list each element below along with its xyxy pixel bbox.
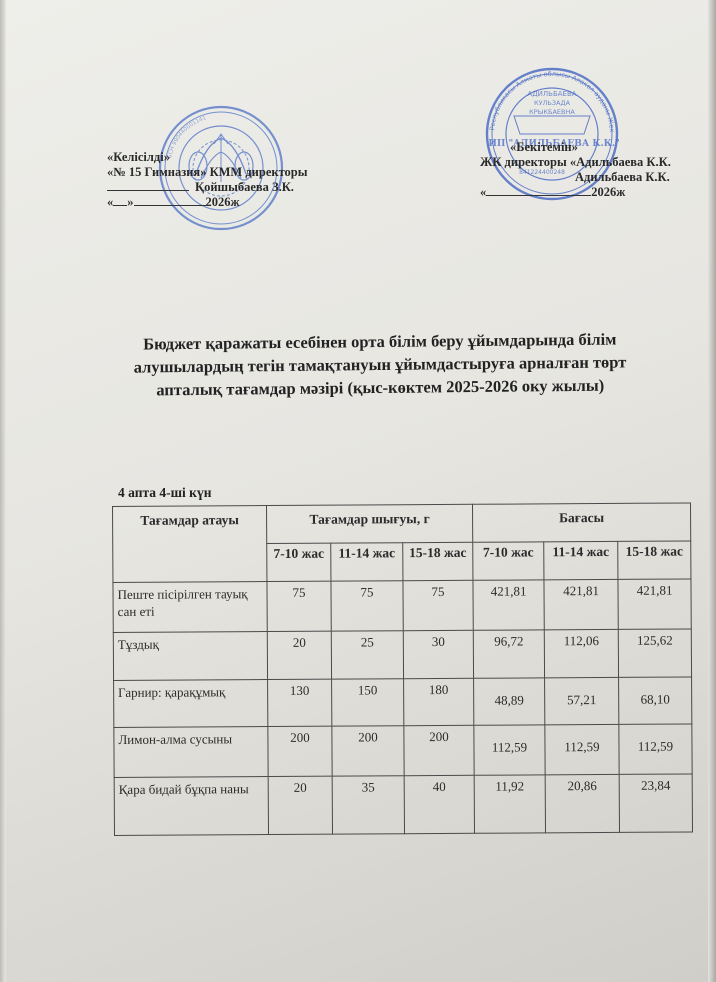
dish-name: Пеште пісірілген тауық сан еті [113,582,267,633]
table-row: Тұздық 20 25 30 96,72 112,06 125,62 [113,629,691,681]
header-price-age-2: 11-14 жас [544,541,618,579]
table-row: Қара бидай бұқпа наны 20 35 40 11,92 20,… [114,774,692,836]
price-value: 96,72 [473,630,544,678]
dish-name: Лимон-алма сусыны [114,727,268,778]
header-price-age-3: 15-18 жас [618,541,691,579]
svg-text:КУЛЬЗАДА: КУЛЬЗАДА [534,99,571,107]
price-value: 48,89 [474,678,545,725]
table-row: Пеште пісірілген тауық сан еті 75 75 75 … [113,579,691,633]
price-value: 11,92 [474,775,545,833]
table-row: Лимон-алма сусыны 200 200 200 112,59 112… [114,724,692,778]
price-value: 125,62 [618,629,691,677]
header-price-group: Бағасы [473,503,691,542]
header-output-age-1: 7-10 жас [267,543,331,581]
svg-text:АДИЛЬБАЕВА: АДИЛЬБАЕВА [527,90,576,98]
approved-block: «Бекітемін» ЖК директоры «Адильбаева К.К… [480,140,671,200]
output-value: 200 [332,726,404,776]
svg-text:КРЫКБАЕВНА: КРЫКБАЕВНА [529,108,575,116]
header-price-age-1: 7-10 жас [473,542,544,580]
price-value: 421,81 [618,579,691,629]
output-value: 75 [403,580,473,630]
output-value: 20 [268,776,332,834]
page-edge-right [708,0,716,982]
approved-signatory: Адильбаева К.К. [575,170,671,185]
price-value: 112,06 [544,629,618,677]
price-value: 112,59 [619,724,692,774]
menu-table: Тағамдар атауы Тағамдар шығуы, г Бағасы … [112,502,693,836]
page-edge-left [0,0,6,982]
signature-line [107,190,189,191]
output-value: 30 [403,630,473,678]
agreed-label: «Келісілді» [107,150,308,165]
price-value: 112,59 [545,724,619,774]
output-value: 35 [332,776,404,834]
output-value: 150 [332,679,404,726]
dish-name: Қара бидай бұқпа наны [114,777,268,836]
agreed-block: «Келісілді» «№ 15 Гимназия» КММ директор… [107,150,308,210]
agreed-signatory: Қойшыбаева З.К. [197,180,308,195]
output-value: 40 [404,775,474,833]
price-value: 20,86 [545,774,619,832]
price-value: 112,59 [474,725,545,775]
output-value: 130 [268,679,332,726]
agreed-position: «№ 15 Гимназия» КММ директоры [107,165,308,180]
approved-position: ЖК директоры «Адильбаева К.К. [480,155,671,170]
date-blank [486,195,591,196]
price-value: 421,81 [473,580,544,630]
date-month-blank [134,205,206,206]
price-value: 23,84 [619,774,692,832]
output-value: 200 [268,726,332,776]
table-row: Гарнир: қарақұмық 130 150 180 48,89 57,2… [114,677,692,728]
day-label: 4 апта 4-ші күн [118,485,211,501]
svg-text:Қазақстан Республикасы Алматы: Қазақстан Республикасы Алматы облысы Ала… [484,60,616,133]
output-value: 20 [267,631,331,679]
dish-name: Гарнир: қарақұмық [114,680,268,728]
price-value: 421,81 [544,579,618,629]
header-output-age-3: 15-18 жас [403,542,473,580]
date-day-blank [113,205,127,206]
output-value: 75 [267,581,331,631]
header-dish-name: Тағамдар атауы [113,506,267,583]
header-output-group: Тағамдар шығуы, г [267,504,473,543]
document-title: Бюджет қаражаты есебінен орта білім беру… [120,327,641,401]
price-value: 57,21 [545,677,619,724]
dish-name: Тұздық [113,632,267,681]
approved-label: «Бекітемін» [510,140,671,155]
output-value: 180 [404,678,474,725]
output-value: 200 [404,725,474,775]
approved-date: «2026ж [480,185,671,200]
agreed-date: «»2026ж [107,195,308,210]
output-value: 25 [331,631,403,679]
output-value: 75 [331,581,403,631]
price-value: 68,10 [619,677,692,724]
header-output-age-2: 11-14 жас [331,543,403,581]
